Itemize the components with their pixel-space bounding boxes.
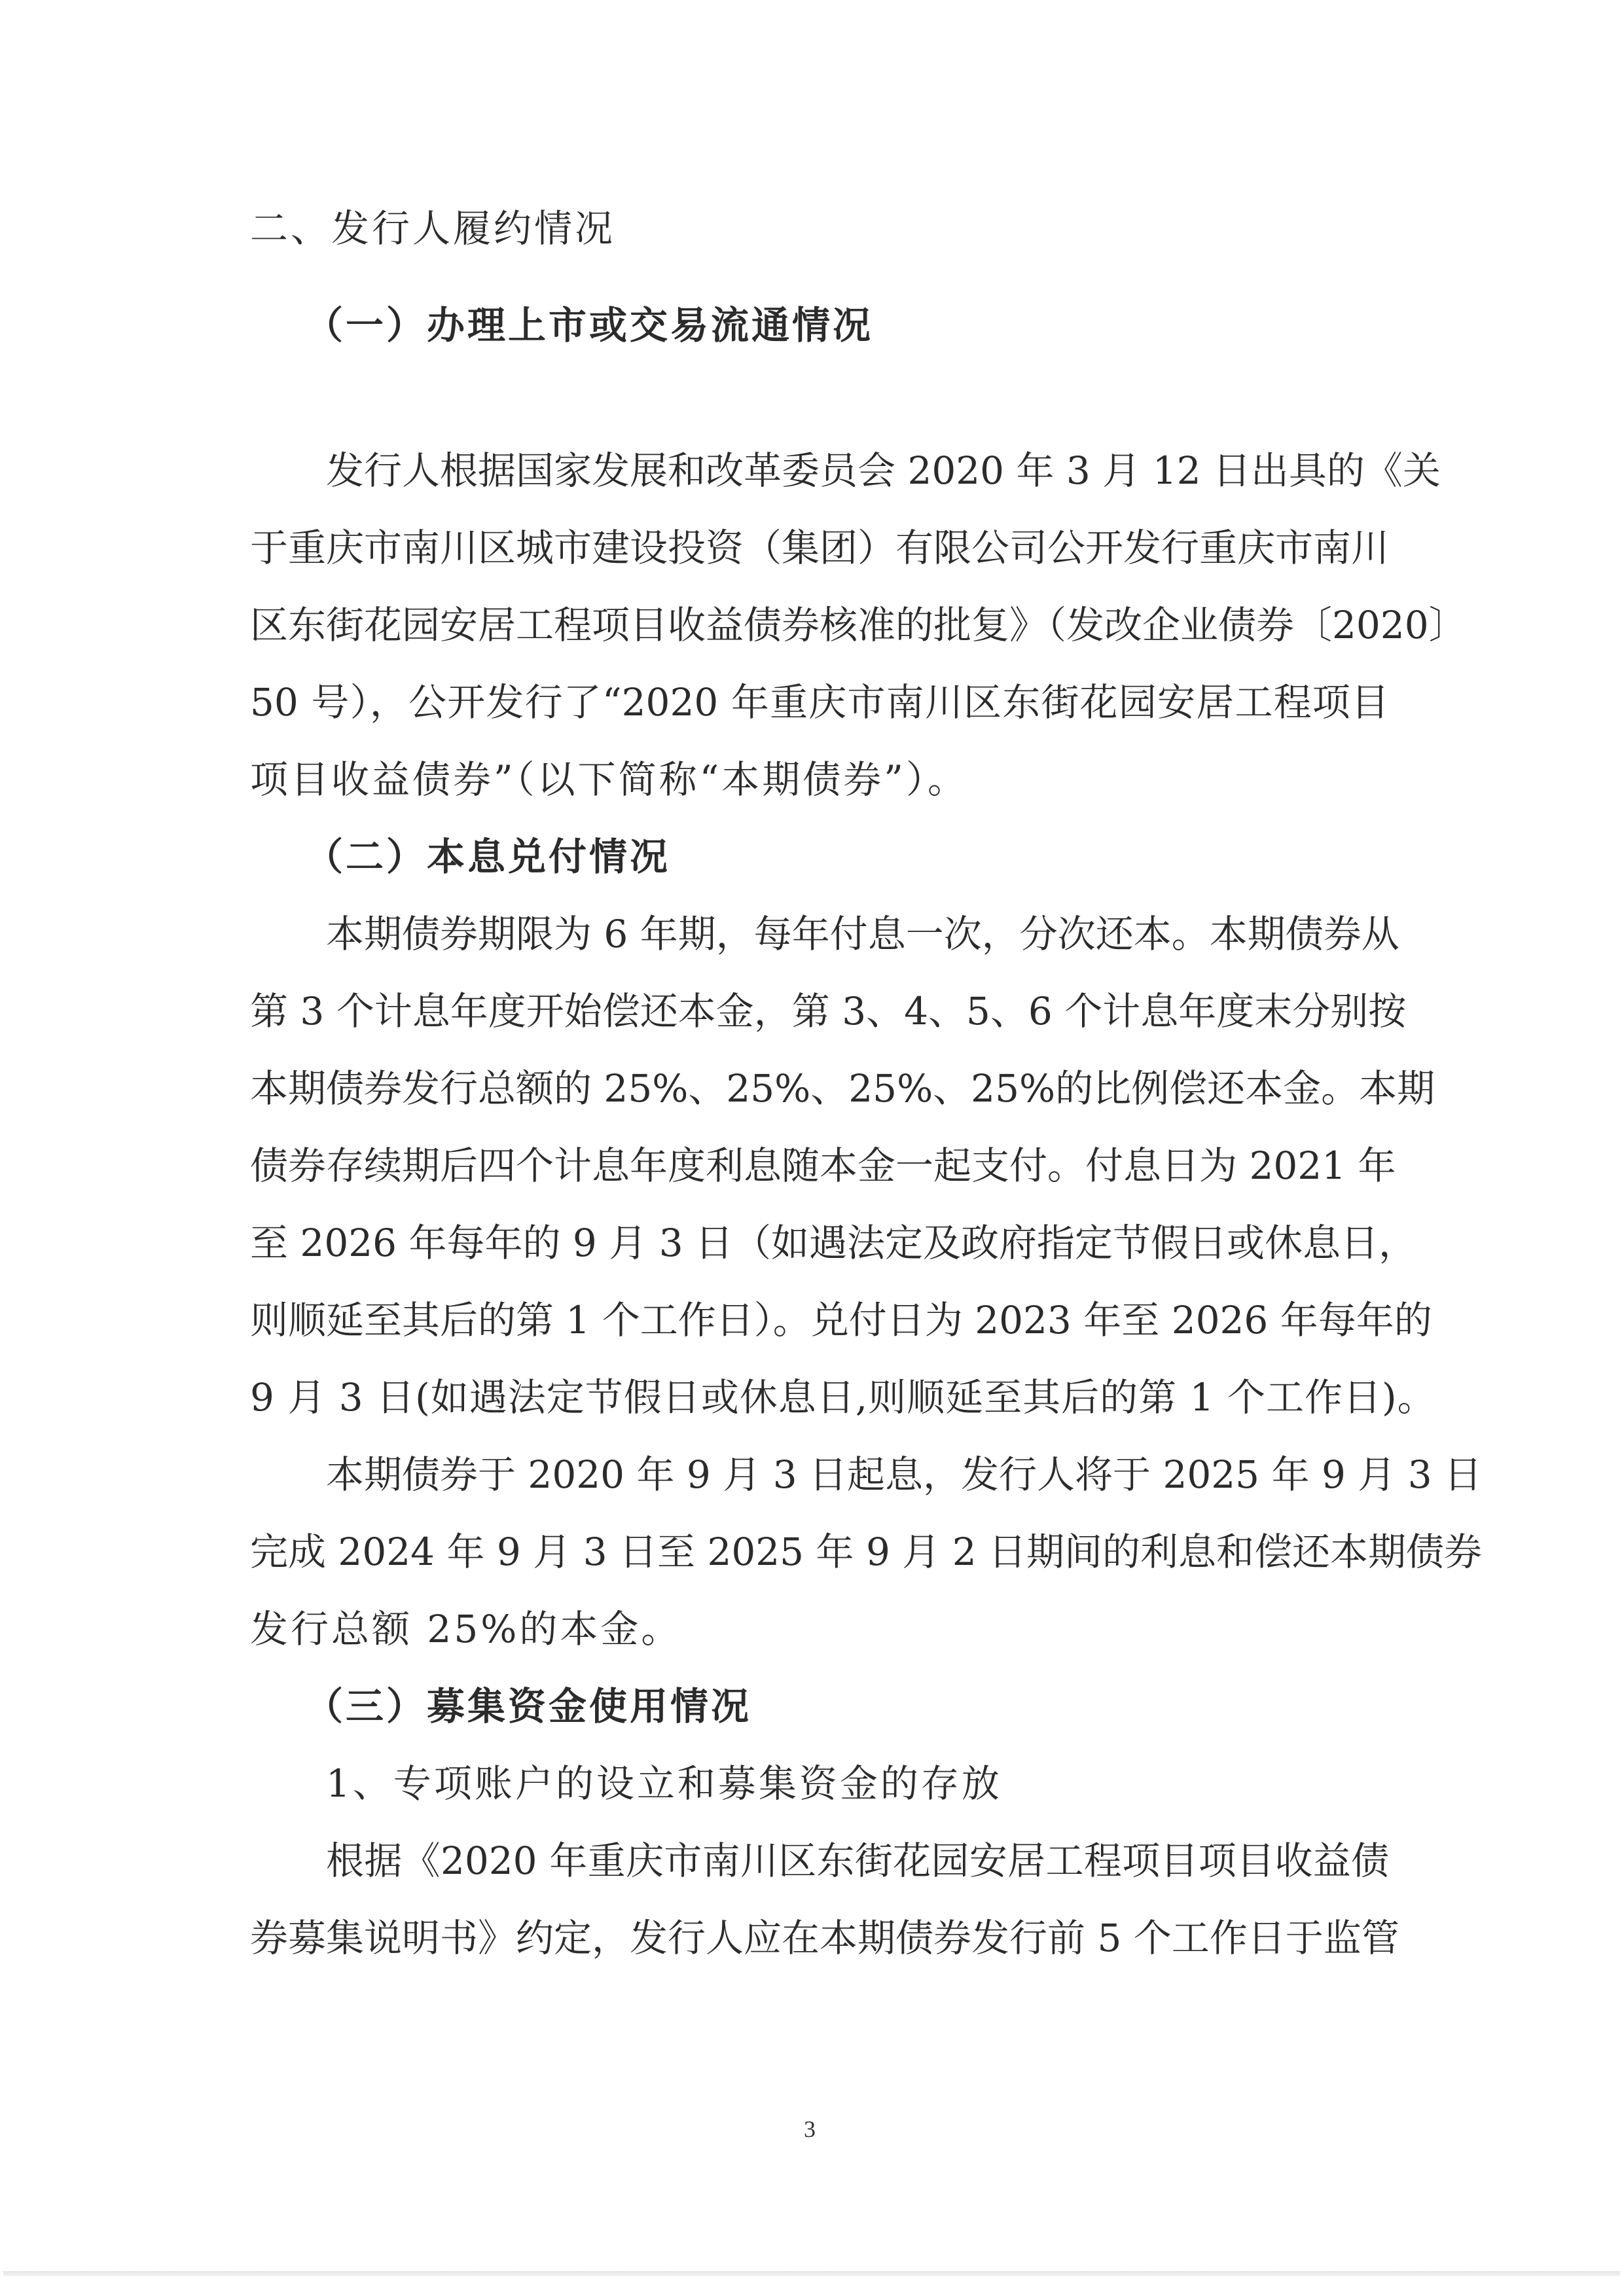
paragraph-line: 债券存续期后四个计息年度利息随本金一起支付。付息日为 2021 年 — [250, 1147, 1389, 1185]
subsection-heading-payment: （二）本息兑付情况 — [305, 838, 670, 876]
paragraph-line: 则顺延至其后的第 1 个工作日）。兑付日为 2023 年至 2026 年每年的 — [250, 1301, 1389, 1339]
paragraph-line: 发行总额 25%的本金。 — [250, 1610, 681, 1648]
paragraph-line: 根据《2020 年重庆市南川区东街花园安居工程项目项目收益债 — [326, 1842, 1389, 1880]
paragraph-line: 完成 2024 年 9 月 3 日至 2025 年 9 月 2 日期间的利息和偿… — [250, 1533, 1389, 1571]
paragraph-line: 第 3 个计息年度开始偿还本金，第 3、4、5、6 个计息年度末分别按 — [250, 992, 1389, 1030]
document-page: 二、发行人履约情况 （一）办理上市或交易流通情况 发行人根据国家发展和改革委员会… — [0, 0, 1624, 2296]
paragraph-line: 9 月 3 日(如遇法定节假日或休息日,则顺延至其后的第 1 个工作日)。 — [250, 1378, 1436, 1416]
paragraph-line: 于重庆市南川区城市建设投资（集团）有限公司公开发行重庆市南川 — [250, 529, 1389, 567]
paragraph-line: 至 2026 年每年的 9 月 3 日（如遇法定及政府指定节假日或休息日， — [250, 1224, 1389, 1262]
paragraph-line: 区东街花园安居工程项目收益债券核准的批复》（发改企业债券〔2020〕 — [250, 606, 1389, 644]
subsection-heading-listing: （一）办理上市或交易流通情况 — [305, 306, 873, 344]
paragraph-line: 本期债券期限为 6 年期，每年付息一次，分次还本。本期债券从 — [326, 915, 1389, 953]
list-item-heading: 1、专项账户的设立和募集资金的存放 — [326, 1765, 1002, 1803]
paragraph-line: 50 号），公开发行了“2020 年重庆市南川区东街花园安居工程项目 — [250, 683, 1389, 721]
paragraph-line: 项目收益债券”（以下简称“本期债券”）。 — [250, 761, 968, 798]
paragraph-line: 发行人根据国家发展和改革委员会 2020 年 3 月 12 日出具的《关 — [326, 452, 1389, 490]
paragraph-line: 本期债券发行总额的 25%、25%、25%、25%的比例偿还本金。本期 — [250, 1069, 1389, 1107]
page-number: 3 — [804, 2115, 816, 2143]
scan-edge-divider — [3, 2271, 1620, 2276]
subsection-heading-fund-use: （三）募集资金使用情况 — [305, 1687, 751, 1725]
paragraph-line: 券募集说明书》约定，发行人应在本期债券发行前 5 个工作日于监管 — [250, 1919, 1389, 1957]
section-heading: 二、发行人履约情况 — [250, 209, 615, 247]
paragraph-line: 本期债券于 2020 年 9 月 3 日起息，发行人将于 2025 年 9 月 … — [326, 1456, 1389, 1494]
